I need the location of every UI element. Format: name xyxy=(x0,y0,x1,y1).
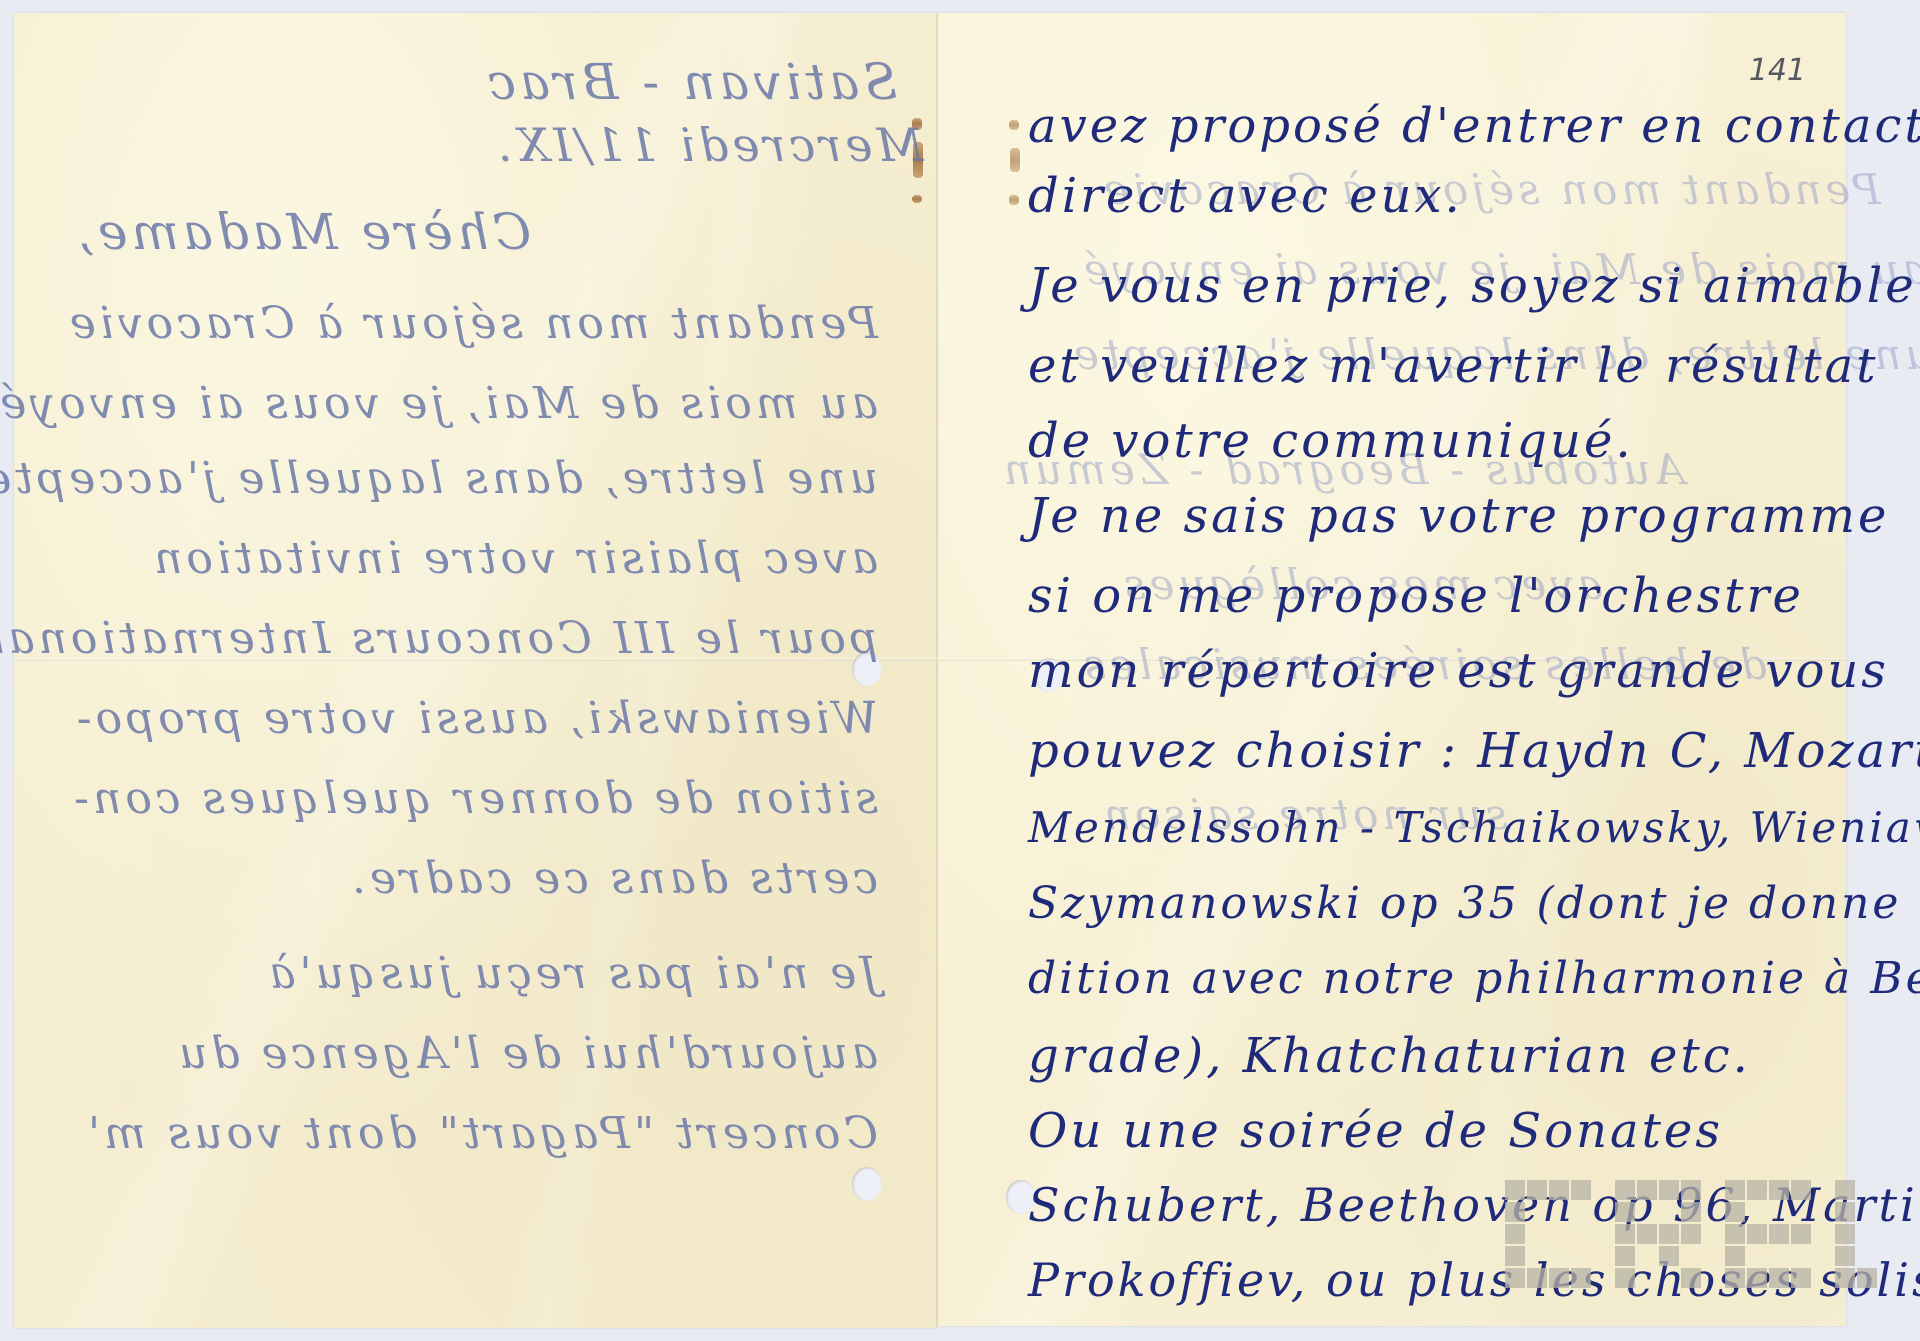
watermark-block xyxy=(1703,1202,1723,1222)
watermark-block xyxy=(1659,1268,1679,1288)
watermark-block xyxy=(1857,1202,1877,1222)
watermark-block xyxy=(1549,1246,1569,1266)
watermark-block xyxy=(1637,1224,1657,1244)
watermark-block xyxy=(1527,1224,1547,1244)
watermark-block xyxy=(1791,1202,1811,1222)
watermark-block xyxy=(1835,1180,1855,1200)
letter-line: Je ne sais pas votre programme xyxy=(1028,488,1889,544)
watermark-block xyxy=(1615,1268,1635,1288)
watermark-block xyxy=(1615,1246,1635,1266)
watermark-block xyxy=(1725,1224,1745,1244)
letter-line: Concert "Pagart" dont vous m' xyxy=(84,1108,878,1159)
watermark-block xyxy=(1791,1224,1811,1244)
watermark-block xyxy=(1593,1268,1613,1288)
watermark-block xyxy=(1659,1224,1679,1244)
watermark-block xyxy=(1791,1180,1811,1200)
letter-line: Wieniawski, aussi votre propo- xyxy=(73,693,878,744)
watermark-block xyxy=(1835,1268,1855,1288)
watermark-block xyxy=(1681,1246,1701,1266)
letter-line: Szymanowski op 35 (dont je donne 1. au- xyxy=(1028,878,1920,929)
scan-background: Sativan - Brac Mercredi 11/IX. Chère Mad… xyxy=(0,0,1920,1341)
watermark-block xyxy=(1747,1180,1767,1200)
watermark-block xyxy=(1725,1246,1745,1266)
letter-line: direct avec eux. xyxy=(1028,168,1463,224)
watermark-block xyxy=(1725,1202,1745,1222)
watermark-block xyxy=(1505,1180,1525,1200)
watermark-block xyxy=(1593,1202,1613,1222)
watermark-block xyxy=(1703,1246,1723,1266)
watermark-block xyxy=(1857,1246,1877,1266)
watermark-logo xyxy=(1505,1180,1885,1290)
watermark-block xyxy=(1571,1268,1591,1288)
watermark-block xyxy=(1769,1224,1789,1244)
watermark-block xyxy=(1747,1224,1767,1244)
letter-line: Pendant mon séjour à Cracovie xyxy=(66,298,878,349)
watermark-block xyxy=(1813,1268,1833,1288)
watermark-block xyxy=(1681,1202,1701,1222)
watermark-block xyxy=(1527,1268,1547,1288)
letter-place: Sativan - Brac xyxy=(484,53,898,111)
watermark-block xyxy=(1505,1202,1525,1222)
watermark-block xyxy=(1593,1246,1613,1266)
watermark-block xyxy=(1571,1224,1591,1244)
watermark-block xyxy=(1637,1246,1657,1266)
watermark-block xyxy=(1813,1180,1833,1200)
watermark-block xyxy=(1857,1268,1877,1288)
watermark-block xyxy=(1813,1202,1833,1222)
letter-line: pour le III Concours International xyxy=(0,613,878,664)
watermark-block xyxy=(1681,1268,1701,1288)
watermark-block xyxy=(1681,1224,1701,1244)
watermark-block xyxy=(1703,1268,1723,1288)
watermark-block xyxy=(1835,1246,1855,1266)
watermark-block xyxy=(1527,1202,1547,1222)
watermark-block xyxy=(1527,1246,1547,1266)
watermark-block xyxy=(1769,1268,1789,1288)
letter-date: Mercredi 11/IX. xyxy=(494,118,924,172)
watermark-block xyxy=(1681,1180,1701,1200)
letter-line: grade), Khatchaturian etc. xyxy=(1028,1028,1751,1084)
watermark-block xyxy=(1769,1246,1789,1266)
letter-line: si on me propose l'orchestre xyxy=(1028,568,1804,624)
watermark-block xyxy=(1725,1268,1745,1288)
watermark-block xyxy=(1659,1202,1679,1222)
watermark-block xyxy=(1769,1180,1789,1200)
letter-line: dition avec notre philharmonie à Bel- xyxy=(1028,953,1920,1004)
watermark-block xyxy=(1659,1180,1679,1200)
letter-line: Mendelssohn - Tschaikowsky, Wieniawski, xyxy=(1028,803,1920,852)
letter-line: avec plaisir votre invitation xyxy=(150,533,878,584)
watermark-block xyxy=(1813,1246,1833,1266)
watermark-block xyxy=(1527,1180,1547,1200)
watermark-block xyxy=(1571,1180,1591,1200)
letter-line: au mois de Mai, je vous ai envoyé xyxy=(0,378,878,429)
letter-salutation: Chère Madame, xyxy=(74,203,531,261)
letter-line: Je vous en prie, soyez si aimable xyxy=(1028,258,1917,314)
watermark-block xyxy=(1857,1224,1877,1244)
watermark-block xyxy=(1549,1202,1569,1222)
watermark-block xyxy=(1703,1180,1723,1200)
watermark-block xyxy=(1593,1224,1613,1244)
letter-line: certs dans ce cadre. xyxy=(348,853,878,904)
watermark-block xyxy=(1549,1180,1569,1200)
watermark-block xyxy=(1747,1246,1767,1266)
watermark-block xyxy=(1791,1246,1811,1266)
letter-line: et veuillez m'avertir le résultat xyxy=(1028,338,1879,394)
letter-line: avez proposé d'entrer en contact xyxy=(1028,98,1920,154)
letter-line: Ou une soirée de Sonates xyxy=(1028,1103,1723,1159)
folio-number: 141 xyxy=(1749,53,1806,88)
watermark-block xyxy=(1571,1246,1591,1266)
watermark-block xyxy=(1791,1268,1811,1288)
watermark-block xyxy=(1813,1224,1833,1244)
watermark-block xyxy=(1835,1202,1855,1222)
watermark-block xyxy=(1769,1202,1789,1222)
watermark-block xyxy=(1637,1202,1657,1222)
watermark-block xyxy=(1593,1180,1613,1200)
watermark-block xyxy=(1637,1268,1657,1288)
letter-line: pouvez choisir : Haydn C, Mozart A, xyxy=(1028,723,1920,779)
watermark-block xyxy=(1615,1224,1635,1244)
letter-line: de votre communiqué. xyxy=(1028,413,1634,469)
watermark-block xyxy=(1505,1224,1525,1244)
watermark-block xyxy=(1725,1180,1745,1200)
letter-line: Je n'ai pas reçu jusqu'à xyxy=(265,948,878,999)
right-page-text: 141 avez proposé d'entrer en contact dir… xyxy=(938,13,1846,1326)
watermark-block xyxy=(1835,1224,1855,1244)
watermark-block xyxy=(1549,1224,1569,1244)
watermark-block xyxy=(1857,1180,1877,1200)
watermark-block xyxy=(1571,1202,1591,1222)
watermark-block xyxy=(1747,1268,1767,1288)
watermark-block xyxy=(1549,1268,1569,1288)
watermark-block xyxy=(1703,1224,1723,1244)
watermark-block xyxy=(1615,1180,1635,1200)
watermark-block xyxy=(1747,1202,1767,1222)
watermark-block xyxy=(1659,1246,1679,1266)
watermark-block xyxy=(1505,1268,1525,1288)
letter-line: mon répertoire est grande vous xyxy=(1028,643,1889,699)
left-page-text: Sativan - Brac Mercredi 11/IX. Chère Mad… xyxy=(14,13,938,1328)
watermark-block xyxy=(1615,1202,1635,1222)
watermark-block xyxy=(1637,1180,1657,1200)
watermark-block xyxy=(1505,1246,1525,1266)
letter-line: sition de donner quelques con- xyxy=(70,773,878,824)
letter-line: une lettre, dans laquelle j'accepte xyxy=(0,453,878,504)
letter-line: aujourd'hui de l'Agence du xyxy=(175,1028,878,1079)
